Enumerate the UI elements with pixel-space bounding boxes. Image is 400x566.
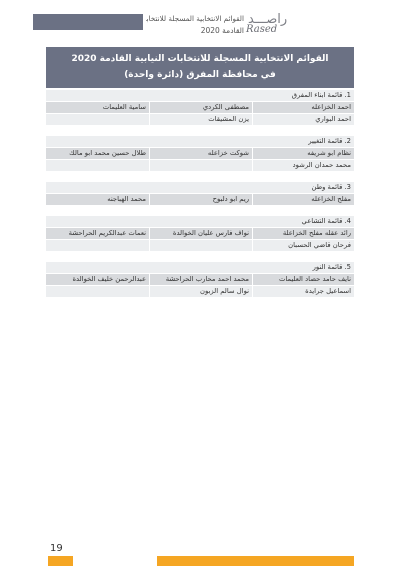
candidate-cell: طلال حسين محمد ابو مالك [46, 148, 149, 159]
candidate-cell: محمد حمدان الرشود [252, 160, 354, 171]
candidate-cell: احمد الخزاعله [252, 102, 354, 113]
list-name: 2. قائمة التغيير [305, 136, 354, 147]
table-row: رائد عقله مفلح الخزاعلة نواف فارس عليان … [46, 228, 354, 240]
document-title-line1: القوائم الانتخابية المسجلة للانتخابات ال… [46, 51, 354, 67]
candidate-cell: مفلح الخزاعله [252, 194, 354, 205]
table-row: احمد البواري يزن المشيقات [46, 114, 354, 126]
candidate-cell: احمد البواري [252, 114, 354, 125]
list-header: 3. قائمة وطن [46, 182, 354, 194]
candidate-cell: عبدالرحمن خليف الخوالدة [46, 274, 149, 285]
candidate-cell: سامية العليمات [46, 102, 149, 113]
list-name: 5. قائمة النور [310, 262, 354, 273]
list-header: 4. قائمة التشاعي [46, 216, 354, 228]
candidate-cell: محمد الهباجنه [46, 194, 149, 205]
logo-english: Rased [246, 24, 277, 35]
candidate-cell [46, 160, 149, 171]
list-3: 3. قائمة وطن مفلح الخزاعله ريم ابو دلبوح… [46, 182, 354, 206]
candidate-cell [46, 286, 149, 297]
table-row: فرحان قاضي الحسبان [46, 240, 354, 252]
list-name: 4. قائمة التشاعي [299, 216, 354, 227]
list-4: 4. قائمة التشاعي رائد عقله مفلح الخزاعلة… [46, 216, 354, 252]
candidate-cell [46, 240, 149, 251]
candidate-cell: شوكت خزاعله [149, 148, 252, 159]
list-header: 5. قائمة النور [46, 262, 354, 274]
candidate-cell: نواف فارس عليان الخوالدة [149, 228, 252, 239]
candidate-cell: مصطفى الكردي [149, 102, 252, 113]
list-header: 2. قائمة التغيير [46, 136, 354, 148]
footer-accent-left [48, 556, 73, 566]
candidate-cell: نوال سالم الزبون [149, 286, 252, 297]
list-name: 1. قائمة ابناء المفرق [289, 90, 354, 101]
table-row: مفلح الخزاعله ريم ابو دلبوح محمد الهباجن… [46, 194, 354, 206]
list-name: 3. قائمة وطن [309, 182, 354, 193]
candidate-cell: اسماعيل جرايدة [252, 286, 354, 297]
candidate-cell [46, 114, 149, 125]
table-row: نايف حامد حصاد العليمات محمد احمد محارب … [46, 274, 354, 286]
header-bar [33, 14, 143, 30]
electoral-lists: 1. قائمة ابناء المفرق احمد الخزاعله مصطف… [46, 90, 354, 308]
page-number: 19 [50, 543, 63, 554]
candidate-cell: نايف حامد حصاد العليمات [252, 274, 354, 285]
candidate-cell [149, 160, 252, 171]
candidate-cell: نظام ابو شريفه [252, 148, 354, 159]
candidate-cell [149, 240, 252, 251]
header-title-line1: القوائم الانتخابية المسجلة للانتخابات ال… [146, 14, 244, 23]
table-row: محمد حمدان الرشود [46, 160, 354, 172]
list-header: 1. قائمة ابناء المفرق [46, 90, 354, 102]
candidate-cell: ريم ابو دلبوح [149, 194, 252, 205]
candidate-cell: فرحان قاضي الحسبان [252, 240, 354, 251]
candidate-cell: محمد احمد محارب الحراحشة [149, 274, 252, 285]
candidate-cell: نعمات عبدالكريم الحراحشة [46, 228, 149, 239]
table-row: نظام ابو شريفه شوكت خزاعله طلال حسين محم… [46, 148, 354, 160]
list-1: 1. قائمة ابناء المفرق احمد الخزاعله مصطف… [46, 90, 354, 126]
list-2: 2. قائمة التغيير نظام ابو شريفه شوكت خزا… [46, 136, 354, 172]
candidate-cell: رائد عقله مفلح الخزاعلة [252, 228, 354, 239]
header-title-line2: القادمة 2020 [150, 26, 244, 35]
document-title: القوائم الانتخابية المسجلة للانتخابات ال… [46, 47, 354, 88]
candidate-cell: يزن المشيقات [149, 114, 252, 125]
list-5: 5. قائمة النور نايف حامد حصاد العليمات م… [46, 262, 354, 298]
table-row: احمد الخزاعله مصطفى الكردي سامية العليما… [46, 102, 354, 114]
table-row: اسماعيل جرايدة نوال سالم الزبون [46, 286, 354, 298]
document-title-line2: في محافظة المفرق (دائرة واحدة) [46, 67, 354, 83]
footer-accent-right [157, 556, 354, 566]
